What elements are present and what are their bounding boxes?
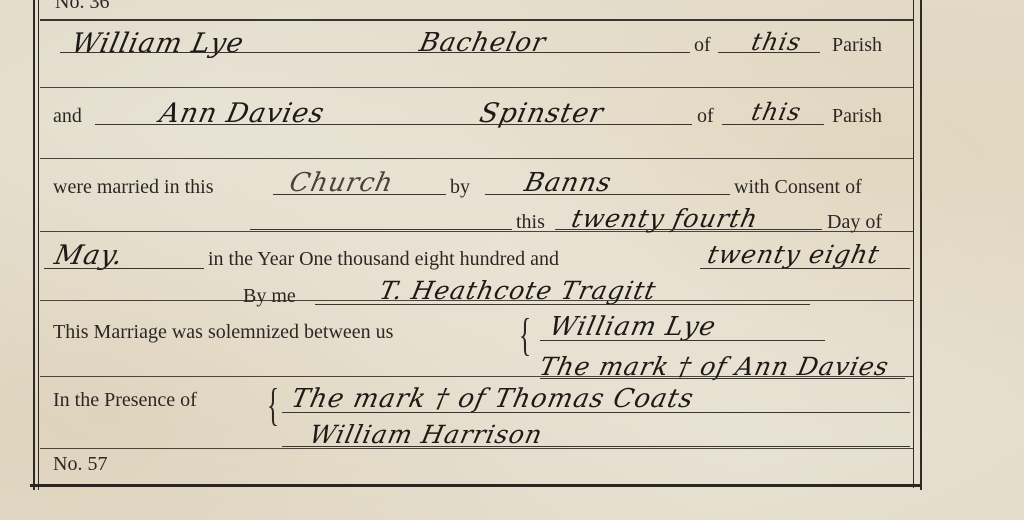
party-signature-bride: The mark † of Ann Davies (537, 354, 891, 379)
officiant-name: T. Heathcote Tragitt (377, 278, 658, 303)
witness-signature-1: The mark † of Thomas Coats (289, 386, 696, 412)
officiant-fill-line (315, 304, 810, 305)
method-fill-line (485, 194, 730, 195)
marriage-month: May. (52, 242, 126, 269)
groom-parish: this (749, 30, 803, 54)
month-fill-line (44, 268, 204, 269)
bride-of-label: of (697, 106, 714, 126)
marriage-method: Banns (522, 170, 614, 196)
party-signature-groom: William Lye (547, 314, 718, 340)
groom-of-label: of (694, 35, 711, 55)
rule-row3 (40, 231, 913, 232)
entry-number-bottom: No. 57 (53, 454, 107, 474)
bride-condition: Spinster (477, 100, 606, 127)
right-border-inner (913, 0, 914, 488)
rule-row1 (40, 87, 913, 88)
place-fill-line (273, 194, 446, 195)
left-border-outer (33, 0, 35, 490)
party-line-1 (540, 340, 825, 341)
marriage-place: Church (287, 170, 396, 196)
right-border-outer (920, 0, 922, 490)
party-line-2 (540, 378, 905, 379)
year-label: in the Year One thousand eight hundred a… (208, 249, 559, 269)
married-in-label: were married in this (53, 177, 214, 197)
consent-label: with Consent of (734, 177, 862, 197)
witness-signature-2: William Harrison (307, 422, 545, 447)
bride-and-label: and (53, 106, 82, 126)
parties-brace: { (519, 312, 531, 358)
bride-parish-line (722, 124, 824, 125)
solemnized-label: This Marriage was solemnized between us (53, 322, 393, 342)
witness-line-1 (282, 412, 910, 413)
by-me-label: By me (243, 286, 296, 306)
entry-number-top: No. 36 (55, 0, 109, 12)
marriage-year: twenty eight (705, 242, 882, 267)
rule-bottom (30, 484, 922, 487)
this-label: this (516, 212, 545, 232)
bride-name: Ann Davies (157, 100, 327, 127)
day-fill-line (555, 229, 822, 230)
day-of-label: Day of (827, 212, 882, 232)
left-border-inner (38, 0, 39, 490)
bride-parish-label: Parish (832, 106, 882, 126)
year-fill-line (700, 268, 910, 269)
consent-fill-line (250, 229, 512, 230)
witness-line-2 (282, 446, 910, 447)
marriage-day: twenty fourth (569, 206, 760, 231)
rule-top (40, 19, 913, 21)
rule-row2 (40, 158, 913, 159)
witnesses-brace: { (267, 382, 279, 428)
by-label: by (450, 177, 470, 197)
groom-parish-line (718, 52, 820, 53)
bride-parish: this (749, 100, 803, 124)
groom-fill-line (60, 52, 690, 53)
presence-label: In the Presence of (53, 390, 197, 410)
bride-fill-line (95, 124, 692, 125)
marriage-register-page: No. 36 William Lye Bachelor of this Pari… (0, 0, 1024, 520)
groom-parish-label: Parish (832, 35, 882, 55)
